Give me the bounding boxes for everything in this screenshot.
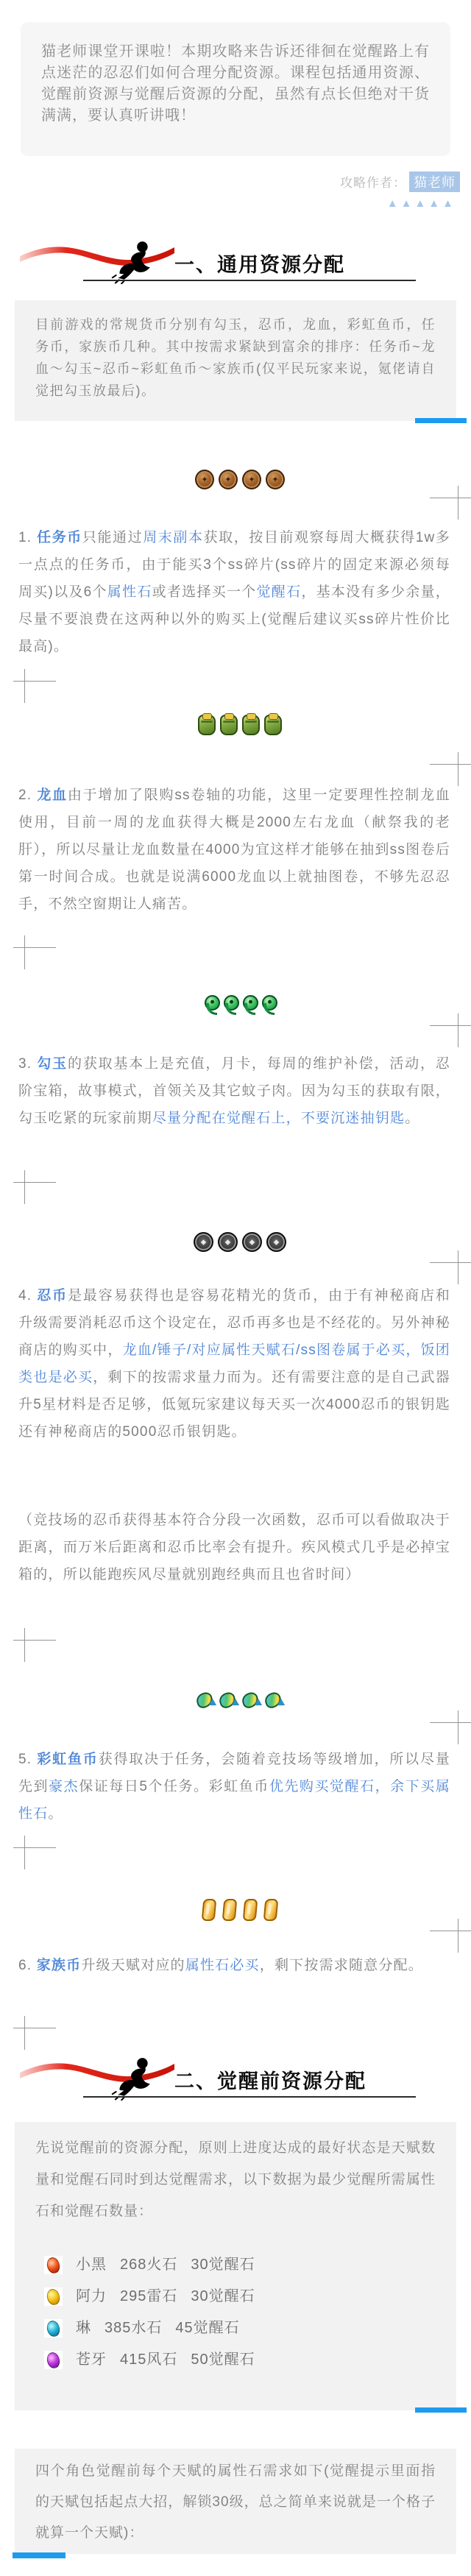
ninja-icon bbox=[109, 2056, 156, 2101]
crop-mark bbox=[13, 2016, 56, 2050]
section-title: 二、觉醒前资源分配 bbox=[174, 2065, 366, 2094]
character-row: 苍牙 415风石 50觉醒石 bbox=[44, 2344, 436, 2376]
text-segment: 属性石必买 bbox=[185, 1958, 260, 1973]
task-coin-icon bbox=[195, 470, 214, 489]
list-item-magatama: 3. 勾玉的获取基本上是充值，月卡，每周的维护补偿，活动，忍阶宝箱，故事模式，首… bbox=[0, 1050, 471, 1132]
text-segment: 属性石 bbox=[107, 584, 152, 600]
gold-bar-icon bbox=[222, 1899, 238, 1921]
character-stones: 295雷石 bbox=[120, 2281, 177, 2313]
character-name: 琳 bbox=[76, 2313, 91, 2344]
text-segment: 龙血 bbox=[37, 788, 68, 803]
rainbow-fish-icon bbox=[265, 1691, 283, 1708]
awakening-intro-text: 先说觉醒前的资源分配，原则上进度达成的最好状态是天赋数量和觉醒石同时到达觉醒需求… bbox=[35, 2140, 436, 2219]
text-segment: 任务币 bbox=[37, 530, 82, 545]
character-stones: 385水石 bbox=[105, 2313, 162, 2344]
author-name-badge[interactable]: 猫老师 bbox=[409, 171, 460, 192]
character-awakening: 50觉醒石 bbox=[191, 2344, 255, 2376]
list-item-ninja-coin: 4. 忍币是最容易获得也是容易花精光的货币，由于有神秘商店和升级需要消耗忍币这个… bbox=[0, 1282, 471, 1446]
element-gem-icon bbox=[44, 2319, 63, 2338]
character-awakening: 30觉醒石 bbox=[191, 2281, 255, 2313]
character-awakening: 30觉醒石 bbox=[191, 2249, 255, 2281]
task-coin-icon-row bbox=[0, 470, 471, 490]
crop-mark bbox=[13, 669, 56, 703]
gold-bar-icon bbox=[202, 1899, 217, 1921]
ninja-coin-icon bbox=[266, 1232, 286, 1252]
section-header-2: 二、觉醒前资源分配 bbox=[0, 2056, 471, 2103]
author-row: 攻略作者：猫老师 bbox=[340, 171, 460, 192]
text-segment: ，剩下按需求随意分配。 bbox=[260, 1958, 423, 1973]
crop-mark bbox=[430, 1919, 471, 1953]
ninja-coin-icon bbox=[242, 1232, 262, 1252]
rainbow-fish-icon-row bbox=[0, 1691, 471, 1712]
task-coin-icon bbox=[266, 470, 285, 489]
list-item-clan-coin: 6. 家族币升级天赋对应的属性石必买，剩下按需求随意分配。 bbox=[0, 1952, 471, 1979]
rainbow-fish-icon bbox=[242, 1691, 261, 1708]
magatama-icon bbox=[242, 995, 257, 1015]
list-item-rainbow-fish: 5. 彩虹鱼币获得取决于任务，会随着竞技场等级增加，所以尽量先到豪杰保证每日5个… bbox=[0, 1746, 471, 1827]
text-segment: 勾玉 bbox=[37, 1056, 68, 1072]
talent-note-box: 四个角色觉醒前每个天赋的属性石需求如下(觉醒提示里面指的天赋包括起点大招，解锁3… bbox=[15, 2449, 456, 2554]
text-segment: 4. bbox=[18, 1288, 37, 1303]
crop-mark bbox=[430, 1250, 471, 1284]
character-row: 琳 385水石 45觉醒石 bbox=[44, 2313, 436, 2344]
intro-box: 猫老师课堂开课啦！本期攻略来告诉还徘徊在觉醒路上有点迷茫的忍忍们如何合理分配资源… bbox=[21, 22, 450, 156]
element-gem-icon bbox=[44, 2256, 63, 2274]
crop-mark bbox=[13, 1628, 56, 1662]
gold-bar-icon bbox=[243, 1899, 258, 1921]
gold-bar-icon-row bbox=[0, 1899, 471, 1919]
character-requirement-list: 小黑 268火石 30觉醒石 阿力 295雷石 30觉醒石 琳 385水石 45… bbox=[35, 2249, 436, 2376]
character-row: 阿力 295雷石 30觉醒石 bbox=[44, 2281, 436, 2313]
ninja-coin-icon bbox=[218, 1232, 238, 1252]
ninja-icon bbox=[109, 240, 156, 284]
awakening-requirements-box: 先说觉醒前的资源分配，原则上进度达成的最好状态是天赋数量和觉醒石同时到达觉醒需求… bbox=[15, 2122, 456, 2410]
task-coin-icon bbox=[242, 470, 261, 489]
section-underline bbox=[83, 2096, 416, 2098]
magatama-icon bbox=[261, 995, 276, 1015]
text-segment: 忍币 bbox=[37, 1288, 68, 1303]
ninja-coin-icon-row bbox=[0, 1232, 471, 1253]
text-segment: 觉醒石 bbox=[257, 584, 302, 600]
crop-mark bbox=[430, 486, 471, 520]
character-stones: 415风石 bbox=[120, 2344, 177, 2376]
text-segment: 3. bbox=[18, 1056, 37, 1072]
list-item-dragon-blood: 2. 龙血由于增加了限购ss卷轴的功能，这里一定要理性控制龙血使用，目前一周的龙… bbox=[0, 782, 471, 918]
text-segment: 彩虹鱼币 bbox=[37, 1752, 98, 1767]
element-gem-icon bbox=[44, 2287, 63, 2306]
currency-overview-box: 目前游戏的常规货币分别有勾玉，忍币，龙血，彩虹鱼币，任务币，家族币几种。其中按需… bbox=[15, 300, 456, 421]
author-label: 攻略作者： bbox=[340, 176, 406, 190]
task-coin-icon bbox=[219, 470, 238, 489]
money-pouch-icon bbox=[242, 715, 260, 735]
money-pouch-icon-row bbox=[0, 715, 471, 735]
ninja-coin-icon bbox=[194, 1232, 213, 1252]
crop-mark bbox=[430, 1710, 471, 1744]
text-segment: 只能通过 bbox=[82, 530, 143, 545]
money-pouch-icon bbox=[220, 715, 238, 735]
text-segment: 1. bbox=[18, 530, 37, 545]
text-segment: 保证每日5个任务。彩虹鱼币 bbox=[79, 1779, 269, 1794]
text-segment: 5. bbox=[18, 1752, 37, 1767]
article-page: 猫老师课堂开课啦！本期攻略来告诉还徘徊在觉醒路上有点迷茫的忍忍们如何合理分配资源… bbox=[0, 0, 471, 2576]
text-segment: 或者选择买一个 bbox=[152, 584, 257, 600]
blue-accent-bar bbox=[415, 418, 467, 423]
character-row: 小黑 268火石 30觉醒石 bbox=[44, 2249, 436, 2281]
character-stones: 268火石 bbox=[120, 2249, 177, 2281]
crop-mark bbox=[430, 1013, 471, 1047]
text-segment: 。 bbox=[48, 1806, 63, 1822]
text-segment: 家族币 bbox=[37, 1958, 82, 1973]
section-underline bbox=[83, 280, 416, 281]
element-gem-icon bbox=[44, 2351, 63, 2369]
text-segment: 由于增加了限购ss卷轴的功能，这里一定要理性控制龙血使用，目前一周的龙血获得大概… bbox=[18, 788, 450, 912]
money-pouch-icon bbox=[264, 715, 282, 735]
character-name: 阿力 bbox=[76, 2281, 107, 2313]
list-item-task-coin: 1. 任务币只能通过周末副本获取，按目前观察每周大概获得1w多一点点的任务币，由… bbox=[0, 524, 471, 660]
section-title: 一、通用资源分配 bbox=[174, 249, 345, 277]
text-segment: 。 bbox=[405, 1111, 419, 1126]
character-awakening: 45觉醒石 bbox=[175, 2313, 239, 2344]
magatama-icon bbox=[223, 995, 238, 1015]
text-segment: 升级天赋对应的 bbox=[81, 1958, 185, 1973]
text-segment: 2. bbox=[18, 788, 37, 803]
gold-bar-icon bbox=[263, 1899, 279, 1921]
triangle-decoration: ▲▲▲▲▲ bbox=[387, 197, 456, 210]
text-segment: 豪杰 bbox=[49, 1779, 79, 1794]
rainbow-fish-icon bbox=[219, 1691, 238, 1708]
magatama-icon bbox=[204, 995, 219, 1015]
money-pouch-icon bbox=[198, 715, 216, 735]
overview-text: 目前游戏的常规货币分别有勾玉，忍币，龙血，彩虹鱼币，任务币，家族币几种。其中按需… bbox=[35, 317, 436, 398]
talent-note-text: 四个角色觉醒前每个天赋的属性石需求如下(觉醒提示里面指的天赋包括起点大招，解锁3… bbox=[35, 2463, 436, 2541]
crop-mark bbox=[13, 1836, 56, 1869]
rainbow-fish-icon bbox=[196, 1691, 215, 1708]
text-segment: 尽量分配在觉醒石上，不要沉迷抽钥匙 bbox=[152, 1111, 405, 1126]
character-name: 苍牙 bbox=[76, 2344, 107, 2376]
arena-note: （竞技场的忍币获得基本符合分段一次函数，忍币可以看做取决于距离，而万米后距离和忍… bbox=[0, 1507, 471, 1588]
blue-accent-bar bbox=[415, 2407, 467, 2413]
magatama-icon-row bbox=[0, 995, 471, 1016]
crop-mark bbox=[13, 935, 56, 969]
character-name: 小黑 bbox=[76, 2249, 107, 2281]
text-segment: 周末副本 bbox=[143, 530, 203, 545]
crop-mark bbox=[13, 1170, 56, 1204]
text-segment: 6. bbox=[18, 1958, 37, 1973]
section-header-1: 一、通用资源分配 bbox=[0, 240, 471, 287]
blue-accent-bar bbox=[13, 2552, 65, 2558]
